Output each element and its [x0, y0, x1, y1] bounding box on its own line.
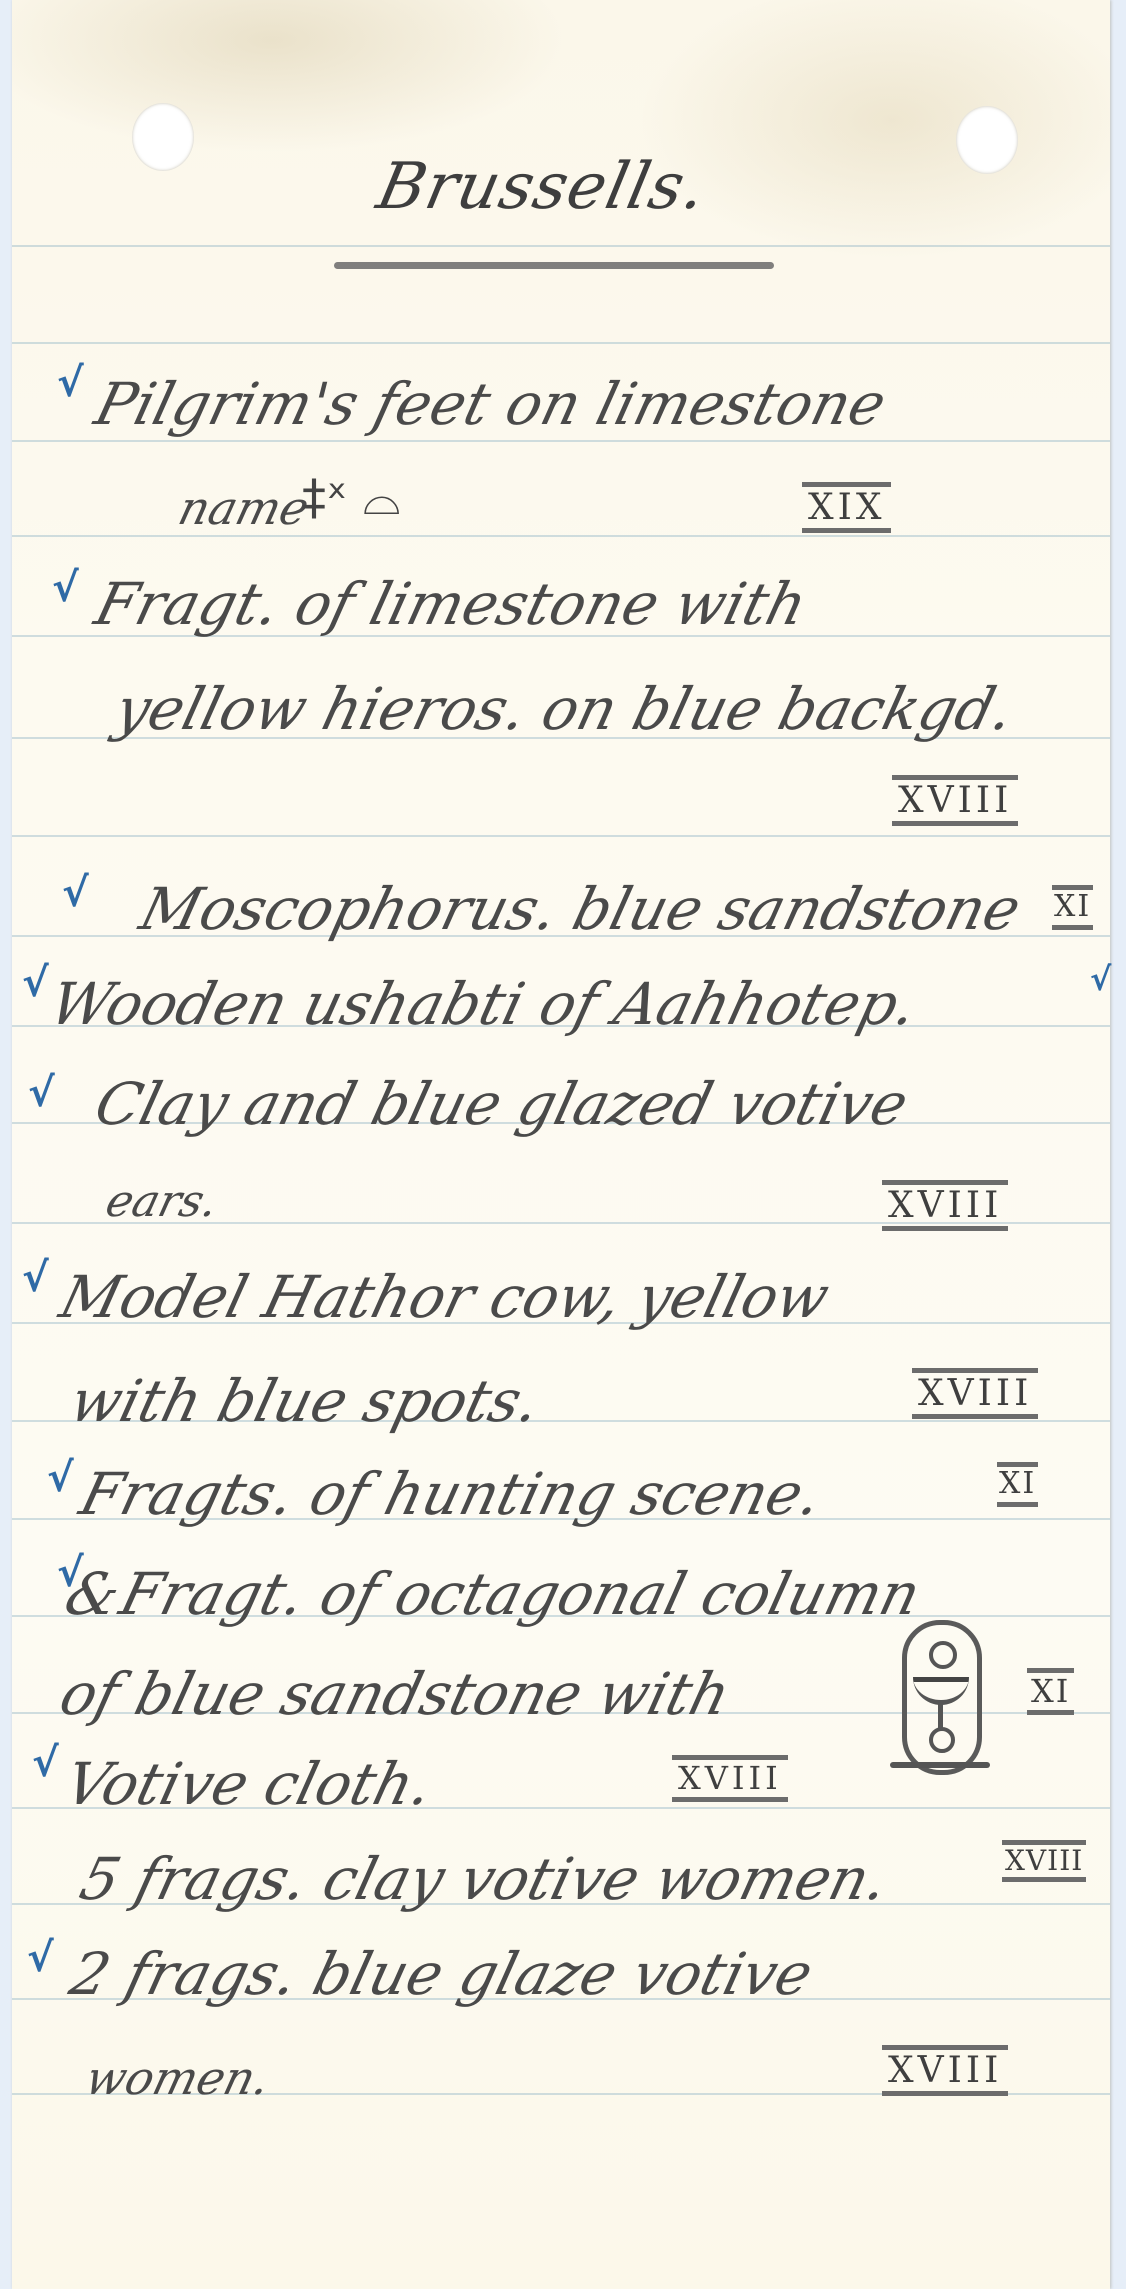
entry-4-line-1: Wooden ushabti of Aahhotep.: [45, 975, 923, 1033]
dynasty-label: XVIII: [672, 1755, 788, 1802]
entry-8-line-2: of blue sandstone with: [55, 1665, 736, 1723]
ruled-line: [12, 535, 1110, 537]
ruled-line: [12, 245, 1110, 247]
ruled-line: [12, 342, 1110, 344]
dynasty-label: XI: [997, 1462, 1038, 1507]
dynasty-label: XIX: [802, 482, 891, 533]
ruled-line: [12, 440, 1110, 442]
entry-11-line-2: women.: [81, 2055, 275, 2101]
punch-hole-left: [132, 103, 194, 171]
check-mark-icon: √: [57, 360, 84, 406]
page-title: Brussells.: [304, 150, 780, 224]
check-mark-icon: √: [52, 565, 79, 611]
entry-9-line-1: Votive cloth.: [60, 1755, 438, 1813]
entry-1-line-1: Pilgrim's feet on limestone: [90, 375, 892, 433]
punch-hole-right: [956, 106, 1018, 174]
dynasty-label: XVIII: [892, 775, 1018, 826]
dynasty-label: XVIII: [1002, 1840, 1086, 1882]
entry-5-line-1: Clay and blue glazed votive: [90, 1075, 914, 1133]
entry-3-line-1: Moscophorus. blue sandstone: [135, 880, 1026, 938]
cartouche-icon: [902, 1620, 982, 1775]
check-mark-icon: √: [47, 1455, 74, 1501]
entry-11-line-1: 2 frags. blue glaze votive: [65, 1945, 818, 2003]
entry-10-line-1: 5 frags. clay votive women.: [75, 1850, 894, 1908]
entry-2-line-1: Fragt. of limestone with: [90, 575, 813, 633]
entry-6-line-1: Model Hathor cow, yellow: [55, 1268, 835, 1326]
entry-5-line-2: ears.: [102, 1180, 223, 1224]
knob-glyph: [929, 1727, 955, 1753]
sun-disk-glyph: [929, 1641, 957, 1669]
check-mark-icon: √: [62, 870, 89, 916]
dynasty-label: XI: [1052, 885, 1093, 930]
dynasty-label: XVIII: [882, 2045, 1008, 2096]
check-mark-right-icon: √: [1090, 960, 1111, 998]
check-mark-icon: √: [22, 960, 49, 1006]
dynasty-label: XI: [1027, 1668, 1074, 1715]
ruled-line: [12, 835, 1110, 837]
notebook-page: Brussells. √ Pilgrim's feet on limestone…: [12, 0, 1110, 2289]
entry-2-line-2: yellow hieros. on blue backgd.: [110, 680, 1020, 738]
entry-7-line-1: Fragts. of hunting scene.: [75, 1465, 827, 1523]
entry-8-line-1: Fragt. of octagonal column: [115, 1565, 926, 1623]
check-mark-icon: √: [22, 1255, 49, 1301]
entry-1-line-2: name: [174, 485, 313, 531]
entry-6-line-2: with blue spots.: [65, 1372, 546, 1430]
dynasty-label: XVIII: [912, 1368, 1038, 1419]
check-mark-icon: √: [28, 1070, 55, 1116]
check-mark-icon: √: [27, 1935, 54, 1981]
title-underline: [334, 262, 774, 269]
dynasty-label: XVIII: [882, 1180, 1008, 1231]
hieroglyph-name-icon: ‡ˣ ⌓: [302, 470, 401, 527]
cartouche-base: [890, 1762, 990, 1768]
check-mark-icon: √: [32, 1740, 59, 1786]
